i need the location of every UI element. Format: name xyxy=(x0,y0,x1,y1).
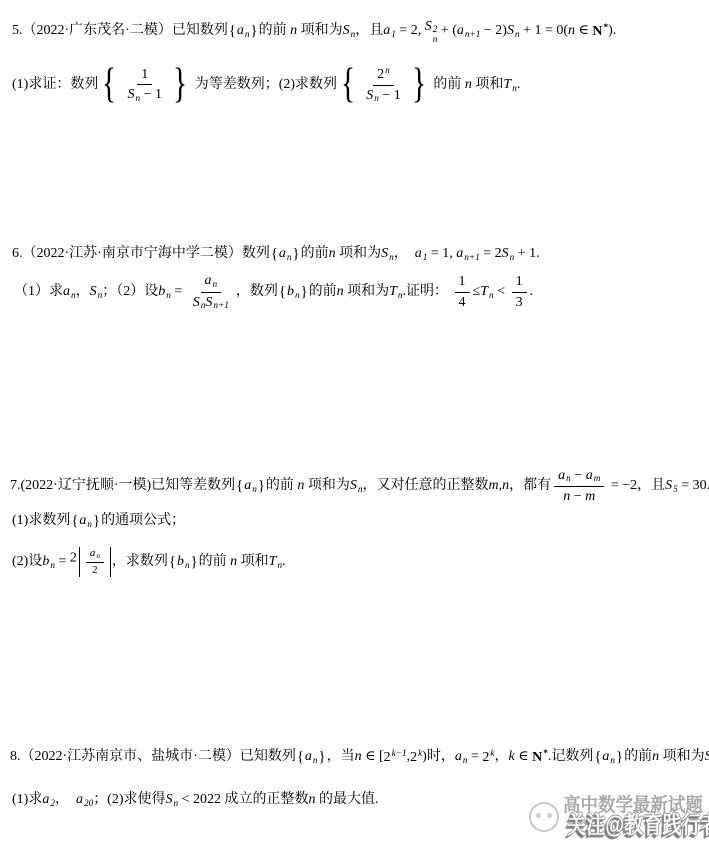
text-run: m xyxy=(585,488,595,506)
text-run: − 1 xyxy=(379,87,401,105)
math-sub: n xyxy=(213,279,218,289)
text-run: ；(2)求使得 xyxy=(93,791,165,809)
text-run: an xyxy=(602,748,615,766)
text-run: ， xyxy=(55,791,76,809)
math-sup: n xyxy=(385,65,390,75)
text-run: an xyxy=(237,22,250,40)
text-run: = 1, xyxy=(427,245,456,263)
text-run: an xyxy=(205,272,218,290)
text-run: an xyxy=(63,283,76,301)
close-brace: } xyxy=(616,750,623,765)
text-run: bn xyxy=(177,553,190,571)
group-content: an xyxy=(305,748,318,766)
text-run: an+1 xyxy=(456,245,479,263)
group-content: 1Sn − 1 xyxy=(121,66,170,105)
text-run: + 1. xyxy=(514,245,539,263)
group-content: an xyxy=(602,748,615,766)
text-run: ，且 xyxy=(355,22,383,40)
math-sub: n xyxy=(245,29,250,39)
text-run: n xyxy=(297,477,304,495)
text-run: 6.（2022·江苏·南京市宁海中学二模）数列 xyxy=(12,245,270,263)
fraction-denominator: 3 xyxy=(512,293,527,312)
text-run: Tn xyxy=(480,283,493,301)
close-brace: } xyxy=(251,24,258,39)
braced-group: {2nSn − 1} xyxy=(337,65,430,105)
close-brace: } xyxy=(412,66,426,104)
text-run: = 2, xyxy=(396,22,425,40)
math-fraction: anSnSn+1 xyxy=(189,272,233,312)
text-run: 的最大值. xyxy=(316,791,379,809)
problem-8-line-1: 8.（2022·江苏南京市、盐城市·二模）已知数列{an}，当n ∈ [2k−1… xyxy=(10,744,709,770)
text-run: 1 xyxy=(459,273,466,291)
watermark-logo-icon xyxy=(529,802,559,832)
close-brace: } xyxy=(93,514,100,529)
text-run: ，都有 xyxy=(509,477,551,495)
text-run: < xyxy=(494,283,509,301)
fraction-denominator: SnSn+1 xyxy=(189,293,233,312)
group-content: an xyxy=(279,245,292,263)
text-run: ∈ [ xyxy=(362,748,384,766)
text-run: n xyxy=(337,283,344,301)
braced-group: {an} xyxy=(270,245,301,263)
close-brace: } xyxy=(301,285,308,300)
text-run: (1)求证：数列 xyxy=(12,76,98,94)
math-sub: n+1 xyxy=(464,252,479,262)
problem-6-line-1: 6.（2022·江苏·南京市宁海中学二模）数列{an}的前n 项和为Sn， a1… xyxy=(12,242,540,266)
close-brace: } xyxy=(258,479,265,494)
open-brace: { xyxy=(102,66,116,104)
text-run: ). xyxy=(608,22,616,40)
problem-7-line-1: 7.(2022·辽宁抚顺·一模)已知等差数列{an}的前 n 项和为Sn，又对任… xyxy=(10,462,709,510)
problem-7-line-3: (2)设bn = 2an2，求数列{bn}的前 n 项和Tn. xyxy=(12,536,286,588)
text-run: 2n xyxy=(377,65,390,84)
math-sub: n xyxy=(287,252,292,262)
text-run: ， xyxy=(76,283,90,301)
text-run: an+1 xyxy=(457,22,480,40)
math-sub: n xyxy=(295,290,300,300)
text-run: 的前 xyxy=(259,22,291,40)
text-run: 项和为 xyxy=(336,245,382,263)
text-run: Sn xyxy=(366,87,379,105)
absolute-value: an2 xyxy=(79,547,111,578)
text-run: (2)设 xyxy=(12,553,42,571)
braced-group: {an} xyxy=(593,748,624,766)
text-run: = −2，且 xyxy=(607,477,665,495)
text-run: 项和为 xyxy=(659,748,705,766)
text-run: an xyxy=(558,467,571,485)
text-run: 2k xyxy=(482,748,494,767)
math-sup: an2 xyxy=(78,547,112,578)
fraction-denominator: n − m xyxy=(559,487,599,506)
group-content: bn xyxy=(177,553,190,571)
math-sub: n xyxy=(96,552,100,560)
text-run: an xyxy=(90,547,100,561)
text-run: 的前 xyxy=(266,477,298,495)
text-run: Tn xyxy=(389,283,402,301)
text-run: = xyxy=(171,283,186,301)
group-content: an xyxy=(237,22,250,40)
close-brace: } xyxy=(293,247,300,262)
math-sub: n+1 xyxy=(465,29,480,39)
math-sup: k−1 xyxy=(392,748,407,758)
braced-group: {bn} xyxy=(168,553,199,571)
text-run: .记数列 xyxy=(548,748,594,766)
text-run: bn xyxy=(287,283,300,301)
text-run: 的前 xyxy=(430,76,465,94)
text-run: bn xyxy=(42,553,55,571)
text-run: N* xyxy=(592,22,608,41)
text-run: an xyxy=(305,748,318,766)
text-run: Sn xyxy=(193,294,206,312)
math-fraction: 14 xyxy=(455,273,470,311)
text-run: 项和为 xyxy=(297,22,343,40)
math-sub: n xyxy=(252,484,257,494)
text-run: .证明： xyxy=(403,283,452,301)
text-run: − 1 xyxy=(140,86,162,104)
text-run: ，数列 xyxy=(236,283,278,301)
text-run: . xyxy=(530,283,534,301)
braced-group: {an} xyxy=(70,512,101,530)
text-run: n xyxy=(568,22,575,40)
text-run: + 1 = 0( xyxy=(520,22,568,40)
text-run: ，求数列 xyxy=(112,553,168,571)
text-run: = 30. xyxy=(678,477,709,495)
text-run: 的前 xyxy=(301,245,329,263)
text-run: Sn xyxy=(350,477,363,495)
group-content: bn xyxy=(287,283,300,301)
text-run: n xyxy=(563,488,570,506)
text-run: a1 xyxy=(415,245,428,263)
text-run: 2k xyxy=(410,748,422,767)
text-run: 的通项公式； xyxy=(101,512,185,530)
fraction-denominator: 2 xyxy=(88,563,101,578)
text-run: S2n xyxy=(425,18,438,45)
fraction-numerator: 2n xyxy=(373,65,394,86)
text-run: Sn xyxy=(502,245,515,263)
math-sub: m xyxy=(594,473,601,483)
open-brace: { xyxy=(297,750,304,765)
open-brace: { xyxy=(594,750,601,765)
text-run: )时， xyxy=(422,748,455,766)
close-brace: } xyxy=(319,750,326,765)
text-run: an xyxy=(244,477,257,495)
fraction-numerator: an − am xyxy=(554,467,604,487)
text-run: an xyxy=(279,245,292,263)
braced-group: {an} xyxy=(296,748,327,766)
text-run: 2k−1 xyxy=(384,748,407,767)
group-content: an xyxy=(79,512,92,530)
text-run: Sn xyxy=(128,86,141,104)
text-run: (1)求 xyxy=(12,791,42,809)
math-sub: n xyxy=(87,519,92,529)
text-run: = xyxy=(467,748,482,766)
group-content: an xyxy=(244,477,257,495)
watermark: 高中数学最新试题 关注@教育践行者 xyxy=(527,790,709,850)
math-sub: 20 xyxy=(84,798,93,808)
text-run: n xyxy=(502,477,509,495)
math-fraction: 13 xyxy=(512,273,527,311)
text-run: S5 xyxy=(665,477,678,495)
fraction-numerator: 1 xyxy=(512,273,527,293)
open-brace: { xyxy=(236,479,243,494)
text-run: an xyxy=(79,512,92,530)
open-brace: { xyxy=(341,66,355,104)
text-run: Sn xyxy=(705,748,709,766)
text-run: 8.（2022·江苏南京市、盐城市·二模）已知数列 xyxy=(10,748,296,766)
text-run: 1 xyxy=(141,66,148,84)
text-run: ， xyxy=(494,748,508,766)
text-run: ∈ xyxy=(515,748,532,766)
text-run: n xyxy=(355,748,362,766)
problem-5-line-1: 5.（2022·广东茂名·二模）已知数列{an}的前 n 项和为Sn，且a1 =… xyxy=(12,19,616,43)
fraction-denominator: 4 xyxy=(455,293,470,312)
problem-8-line-2: (1)求a2， a20；(2)求使得Sn < 2022 成立的正整数n 的最大值… xyxy=(12,788,379,812)
open-brace: { xyxy=(229,24,236,39)
text-run: 项和 xyxy=(237,553,269,571)
text-run: − 2) xyxy=(480,22,507,40)
text-run: N* xyxy=(532,748,548,767)
text-run: 4 xyxy=(459,294,466,312)
text-run: Sn xyxy=(343,22,356,40)
text-run: ，当 xyxy=(327,748,355,766)
text-run: 的前 xyxy=(199,553,231,571)
text-run: a20 xyxy=(76,791,93,809)
text-run: n xyxy=(309,791,316,809)
text-run: n xyxy=(652,748,659,766)
fraction-denominator: Sn − 1 xyxy=(124,85,167,104)
problem-5-line-2: (1)求证：数列{1Sn − 1} 为等差数列；(2)求数列{2nSn − 1}… xyxy=(12,57,520,113)
document-page: 5.（2022·广东茂名·二模）已知数列{an}的前 n 项和为Sn，且a1 =… xyxy=(0,0,709,850)
text-run: 的前 xyxy=(624,748,652,766)
text-run: Sn xyxy=(90,283,103,301)
text-run: . xyxy=(282,553,286,571)
text-run: an xyxy=(455,748,468,766)
text-run: m xyxy=(489,477,499,495)
braced-group: {an} xyxy=(228,22,259,40)
text-run: + ( xyxy=(437,22,457,40)
fraction-numerator: 1 xyxy=(455,273,470,293)
open-brace: { xyxy=(169,555,176,570)
text-run: 为等差数列；(2)求数列 xyxy=(191,76,337,94)
text-run: ， xyxy=(394,245,415,263)
text-run: n xyxy=(230,553,237,571)
text-run: n xyxy=(465,76,472,94)
math-fraction: 1Sn − 1 xyxy=(124,66,167,105)
text-run: ；（2）设 xyxy=(102,283,158,301)
problem-6-line-2: （1）求an，Sn；（2）设bn = anSnSn+1，数列{bn}的前n 项和… xyxy=(14,268,533,316)
text-run: ≤ xyxy=(473,283,481,301)
math-sub: n xyxy=(185,560,190,570)
fraction-numerator: an xyxy=(86,547,104,563)
text-run: − xyxy=(571,467,586,485)
text-run: a2 xyxy=(42,791,55,809)
math-fraction: an − amn − m xyxy=(554,467,604,506)
text-run: . xyxy=(517,76,521,94)
text-run: ∈ xyxy=(575,22,592,40)
text-run: Tn xyxy=(269,553,282,571)
text-run: 项和为 xyxy=(304,477,350,495)
text-run: （1）求 xyxy=(14,283,63,301)
text-run: Sn xyxy=(507,22,520,40)
text-run: 的前 xyxy=(309,283,337,301)
text-run: 项和 xyxy=(472,76,504,94)
watermark-front-text: 关注@教育践行者 xyxy=(567,805,709,840)
text-run: a1 xyxy=(383,22,396,40)
text-run: < 2022 成立的正整数 xyxy=(178,791,308,809)
text-run: 5.（2022·广东茂名·二模）已知数列 xyxy=(12,22,228,40)
braced-group: {bn} xyxy=(278,283,309,301)
fraction-numerator: an xyxy=(201,272,222,292)
text-run: 项和为 xyxy=(344,283,390,301)
text-run: Sn xyxy=(381,245,394,263)
text-run: Tn xyxy=(503,76,516,94)
math-sub: n xyxy=(610,755,615,765)
text-run: n xyxy=(329,245,336,263)
math-sub: n xyxy=(313,755,318,765)
open-brace: { xyxy=(279,285,286,300)
close-brace: } xyxy=(173,66,187,104)
text-run: n xyxy=(290,22,297,40)
math-sub: n+1 xyxy=(213,300,228,310)
text-run: 3 xyxy=(516,294,523,312)
problem-7-line-2: (1)求数列{an}的通项公式； xyxy=(12,509,185,533)
braced-group: {an} xyxy=(235,477,266,495)
text-run: 2 xyxy=(92,564,97,578)
text-run: Sn xyxy=(166,791,179,809)
group-content: 2nSn − 1 xyxy=(359,65,408,105)
text-run: am xyxy=(586,467,601,485)
text-run: Sn+1 xyxy=(205,294,228,312)
text-run: 2an2 xyxy=(70,547,112,578)
text-run: − xyxy=(570,488,585,506)
text-run: = 2 xyxy=(480,245,502,263)
braced-group: {1Sn − 1} xyxy=(98,66,191,105)
text-run: 7.(2022·辽宁抚顺·一模)已知等差数列 xyxy=(10,477,235,495)
math-fraction: an2 xyxy=(86,547,104,578)
fraction-numerator: 1 xyxy=(137,66,152,86)
math-fraction: 2nSn − 1 xyxy=(362,65,405,105)
text-run: ，又对任意的正整数 xyxy=(363,477,489,495)
open-brace: { xyxy=(71,514,78,529)
text-run: bn xyxy=(158,283,171,301)
fraction-denominator: Sn − 1 xyxy=(362,86,405,105)
text-run: = xyxy=(55,553,70,571)
text-run: (1)求数列 xyxy=(12,512,70,530)
open-brace: { xyxy=(271,247,278,262)
text-run: 1 xyxy=(516,273,523,291)
close-brace: } xyxy=(191,555,198,570)
